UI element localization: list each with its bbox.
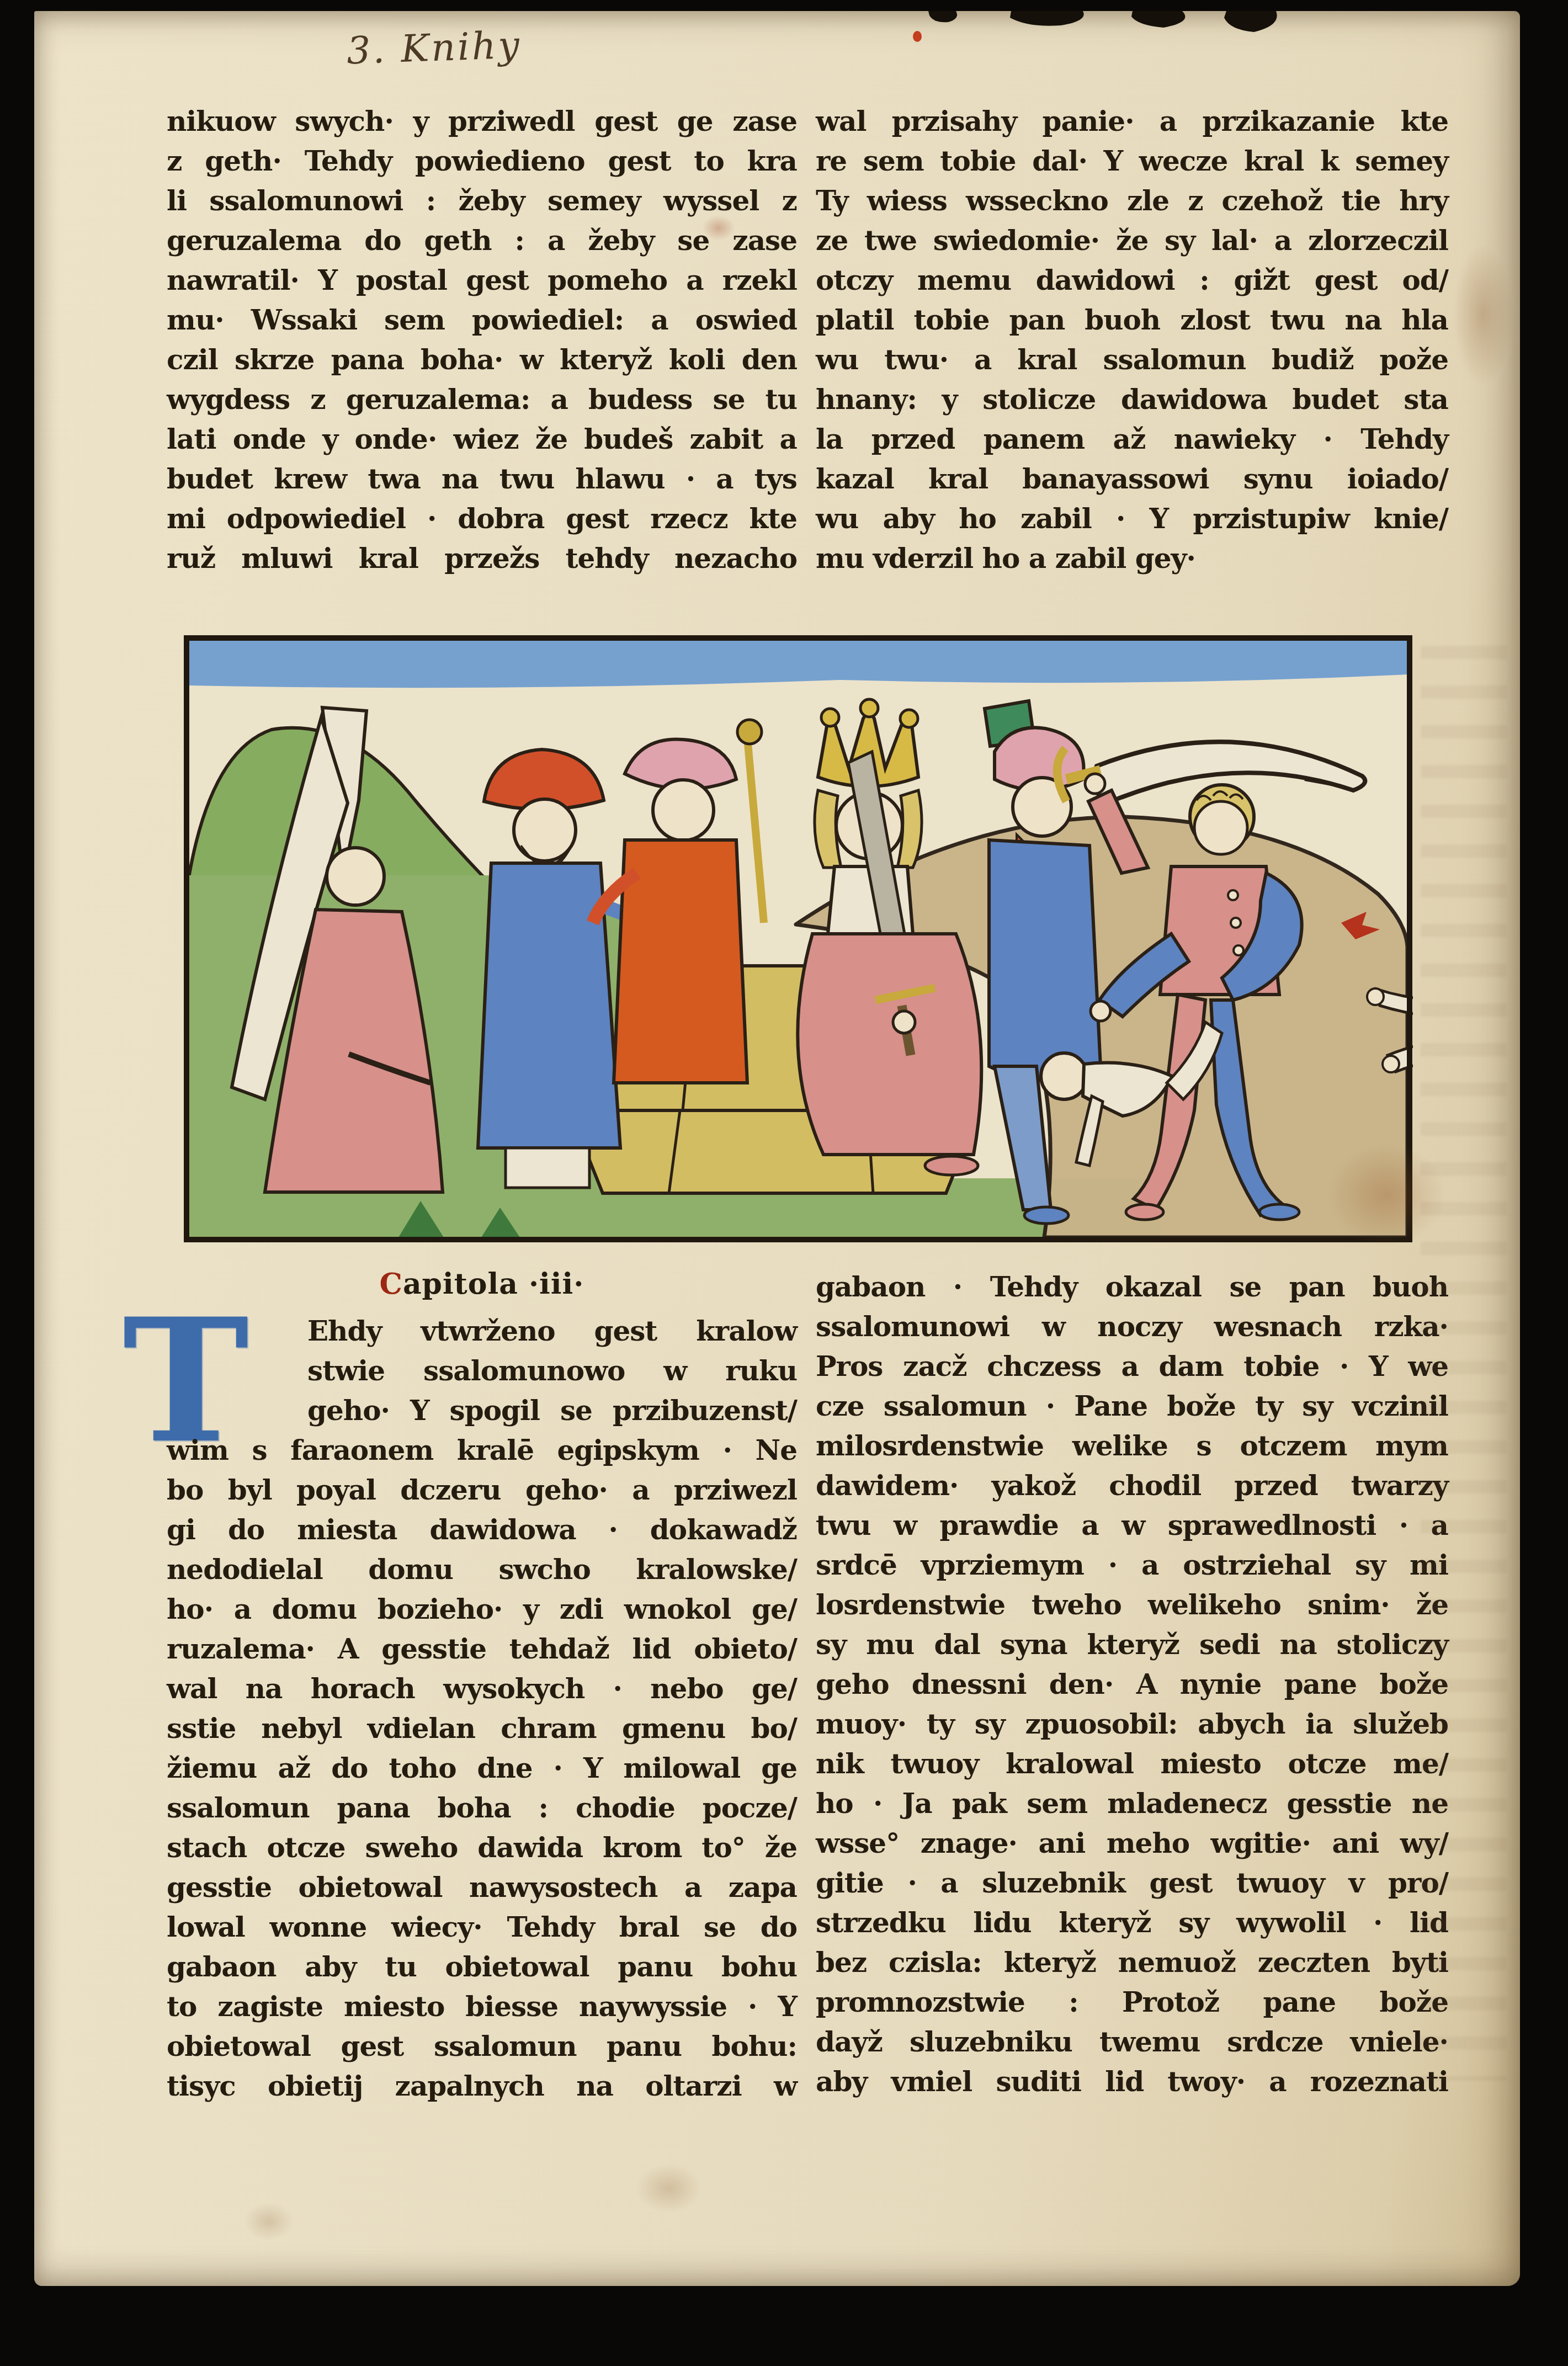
text-line: ruž mluwi kral przežs tehdy nezacho <box>167 539 797 578</box>
text-line: re sem tobie dal· Y wecze kral k semey <box>816 141 1448 181</box>
text-line: bo byl poyal dczeru geho· a prziwezl <box>167 1470 797 1510</box>
text-line: kazal kral banayassowi synu ioiado/ <box>816 459 1448 499</box>
text-line: mu vderzil ho a zabil gey· <box>816 539 1448 578</box>
text-line: Ehdy vtwrženo gest kralow <box>167 1311 797 1351</box>
upper-left-column: nikuow swych· y prziwedl gest ge zasez g… <box>167 102 797 578</box>
text-line: Pros zacž chczess a dam tobie · Y we <box>816 1347 1448 1386</box>
text-line: li ssalomunowi : žeby semey wyssel z <box>167 181 797 221</box>
stain <box>244 2202 294 2241</box>
text-line: ho· a domu bozieho· y zdi wnokol ge/ <box>167 1589 797 1629</box>
text-line: gabaon aby tu obietowal panu bohu <box>167 1947 797 1987</box>
text-line: lati onde y onde· wiez že budeš zabit a <box>167 419 797 459</box>
stain <box>1453 243 1513 386</box>
text-line: strzedku lidu kteryž sy wywolil · lid <box>816 1903 1448 1943</box>
text-line: mi odpowiediel · dobra gest rzecz kte <box>167 499 797 539</box>
text-line: hnany: y stolicze dawidowa budet sta <box>816 380 1448 419</box>
text-line: ruzalema· A gesstie tehdaž lid obieto/ <box>167 1629 797 1669</box>
text-line: gi do miesta dawidowa · dokawadž <box>167 1510 797 1550</box>
text-line: budet krew twa na twu hlawu · a tys <box>167 459 797 499</box>
text-line: nawratil· Y postal gest pomeho a rzekl <box>167 260 797 300</box>
text-line: Ty wiess wsseckno zle z czehož tie hry <box>816 181 1448 221</box>
text-line: lowal wonne wiecy· Tehdy bral se do <box>167 1907 797 1947</box>
text-line: ho · Ja pak sem mladenecz gesstie ne <box>816 1784 1448 1823</box>
text-line: cze ssalomun · Pane bože ty sy vczinil <box>816 1386 1448 1426</box>
text-line: dayž sluzebniku twemu srdcze vniele· <box>816 2022 1448 2062</box>
text-line: la przed panem až nawieky · Tehdy <box>816 419 1448 459</box>
text-line: obietowal gest ssalomun panu bohu: <box>167 2027 797 2066</box>
scanned-book-spread: 3. Knihy nikuow swych· y prziwedl gest g… <box>0 0 1568 2366</box>
text-line: aby vmiel suditi lid twoy· a rozeznati <box>816 2062 1448 2102</box>
trimmed-ink-marks <box>895 11 1282 39</box>
chapter-heading-versal: C <box>380 1267 403 1301</box>
text-line: gesstie obietowal nawysostech a zapa <box>167 1868 797 1907</box>
text-line: ze twe swiedomie· že sy lal· a zlorzeczi… <box>816 221 1448 260</box>
text-line: wu aby ho zabil · Y przistupiw knie/ <box>816 499 1448 539</box>
text-line: gitie · a sluzebnik gest twuoy v pro/ <box>816 1863 1448 1903</box>
text-line: muoy· ty sy zpuosobil: abych ia služeb <box>816 1704 1448 1744</box>
text-line: stwie ssalomunowo w ruku <box>167 1351 797 1391</box>
text-line: milosrdenstwie welike s otczem mym <box>816 1426 1448 1466</box>
text-line: žiemu až do toho dne · Y milowal ge <box>167 1748 797 1788</box>
text-line: to zagiste miesto biesse naywyssie · Y <box>167 1987 797 2027</box>
text-line: geruzalema do geth : a žeby se zase <box>167 221 797 260</box>
lower-right-column: gabaon · Tehdy okazal se pan buohssalomu… <box>816 1267 1448 2102</box>
stain <box>636 2163 702 2213</box>
text-line: bez czisla: kteryž nemuož zeczten byti <box>816 1943 1448 1982</box>
chapter-heading: Capitola ·iii· <box>167 1267 797 1301</box>
text-line: gabaon · Tehdy okazal se pan buoh <box>816 1267 1448 1307</box>
chapter-heading-text: apitola ·iii· <box>403 1267 584 1301</box>
lower-left-column: Ehdy vtwrženo gest kralowstwie ssalomuno… <box>167 1311 797 2106</box>
text-line: wal na horach wysokych · nebo ge/ <box>167 1669 797 1709</box>
handwritten-annotation: 3. Knihy <box>346 23 523 73</box>
text-line: losrdenstwie tweho welikeho snim· že <box>816 1585 1448 1625</box>
text-line: z geth· Tehdy powiedieno gest to kra <box>167 141 797 181</box>
verso-showthrough <box>1421 646 1507 2081</box>
book-page: 3. Knihy nikuow swych· y prziwedl gest g… <box>34 11 1520 2286</box>
text-line: srdcē vprziemym · a ostrziehal sy mi <box>816 1545 1448 1585</box>
text-line: nedodielal domu swcho kralowske/ <box>167 1550 797 1589</box>
sky <box>189 640 1407 688</box>
text-line: mu· Wssaki sem powiediel: a oswied <box>167 300 797 340</box>
text-line: promnozstwie : Protož pane bože <box>816 1982 1448 2022</box>
text-line: nik twuoy kralowal miesto otcze me/ <box>816 1744 1448 1784</box>
text-line: platil tobie pan buoh zlost twu na hla <box>816 300 1448 340</box>
text-line: wal przisahy panie· a przikazanie kte <box>816 102 1448 141</box>
text-line: wsse° znage· ani meho wgitie· ani wy/ <box>816 1823 1448 1863</box>
text-line: nikuow swych· y prziwedl gest ge zase <box>167 102 797 141</box>
text-line: dawidem· yakož chodil przed twarzy <box>816 1466 1448 1506</box>
text-line: otczy memu dawidowi : gižt gest od/ <box>816 260 1448 300</box>
text-line: tisyc obietij zapalnych na oltarzi w <box>167 2066 797 2106</box>
woodcut-illustration <box>183 635 1413 1243</box>
text-line: czil skrze pana boha· w kteryž koli den <box>167 340 797 380</box>
text-line: sy mu dal syna kteryž sedi na stoliczy <box>816 1625 1448 1665</box>
text-line: geho· Y spogil se przibuzenst/ <box>167 1391 797 1431</box>
text-line: wu twu· a kral ssalomun budiž pože <box>816 340 1448 380</box>
text-line: ssalomun pana boha : chodie pocze/ <box>167 1788 797 1828</box>
text-line: stach otcze sweho dawida krom to° že <box>167 1828 797 1868</box>
text-line: sstie nebyl vdielan chram gmenu bo/ <box>167 1709 797 1748</box>
text-line: wim s faraonem kralē egipskym · Ne <box>167 1431 797 1470</box>
red-paint-fleck <box>913 31 922 42</box>
text-line: ssalomunowi w noczy wesnach rzka· <box>816 1307 1448 1347</box>
upper-right-column: wal przisahy panie· a przikazanie ktere … <box>816 102 1448 578</box>
text-line: twu w prawdie a w sprawedlnosti · a <box>816 1506 1448 1545</box>
text-line: geho dnessni den· A nynie pane bože <box>816 1665 1448 1704</box>
text-line: wygdess z geruzalema: a budess se tu <box>167 380 797 419</box>
